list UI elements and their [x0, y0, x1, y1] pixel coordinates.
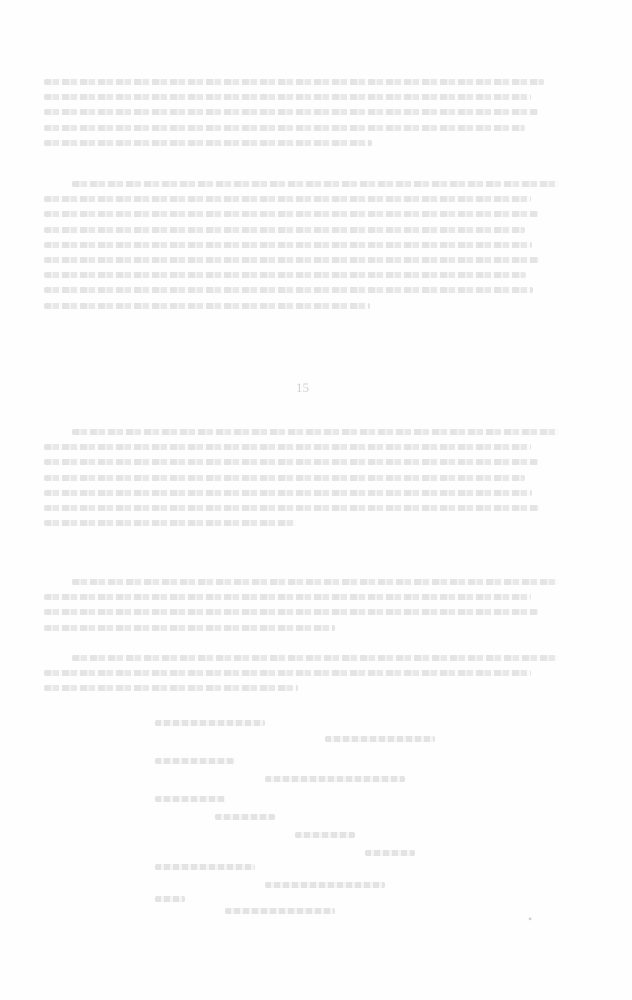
text-line [44, 193, 558, 204]
text-line [44, 137, 558, 148]
paragraph-2 [44, 178, 558, 315]
formula-line [265, 882, 385, 888]
formula-line [325, 736, 435, 742]
formula-line [155, 896, 185, 902]
page-number: • [528, 912, 532, 927]
formula-line [155, 758, 235, 764]
text-line [44, 254, 558, 265]
section-number: 15 [296, 380, 309, 396]
formula-line [225, 908, 335, 914]
text-line [44, 106, 558, 117]
formula-line [265, 776, 405, 782]
text-line [44, 426, 558, 437]
formula-line [365, 850, 415, 856]
text-line [44, 682, 558, 693]
text-line [44, 269, 558, 280]
text-line [44, 239, 558, 250]
text-line [44, 300, 558, 311]
text-line [44, 178, 558, 189]
text-line [44, 487, 558, 498]
text-line [44, 441, 558, 452]
text-line [44, 517, 558, 528]
text-line [44, 606, 558, 617]
text-line [44, 652, 558, 663]
paragraph-1 [44, 76, 558, 152]
text-line [44, 456, 558, 467]
text-line [44, 224, 558, 235]
text-line [44, 122, 558, 133]
formula-line [155, 864, 255, 870]
formula-line [155, 720, 265, 726]
formula-line [155, 796, 225, 802]
text-line [44, 502, 558, 513]
text-line [44, 284, 558, 295]
text-line [44, 91, 558, 102]
formula-line [215, 814, 275, 820]
paragraph-3 [44, 426, 558, 532]
formula-line [295, 832, 355, 838]
text-line [44, 472, 558, 483]
paragraph-5 [44, 652, 558, 698]
text-line [44, 208, 558, 219]
text-line [44, 591, 558, 602]
text-line [44, 622, 558, 633]
paragraph-4 [44, 576, 558, 637]
text-line [44, 76, 558, 87]
text-line [44, 576, 558, 587]
text-line [44, 667, 558, 678]
